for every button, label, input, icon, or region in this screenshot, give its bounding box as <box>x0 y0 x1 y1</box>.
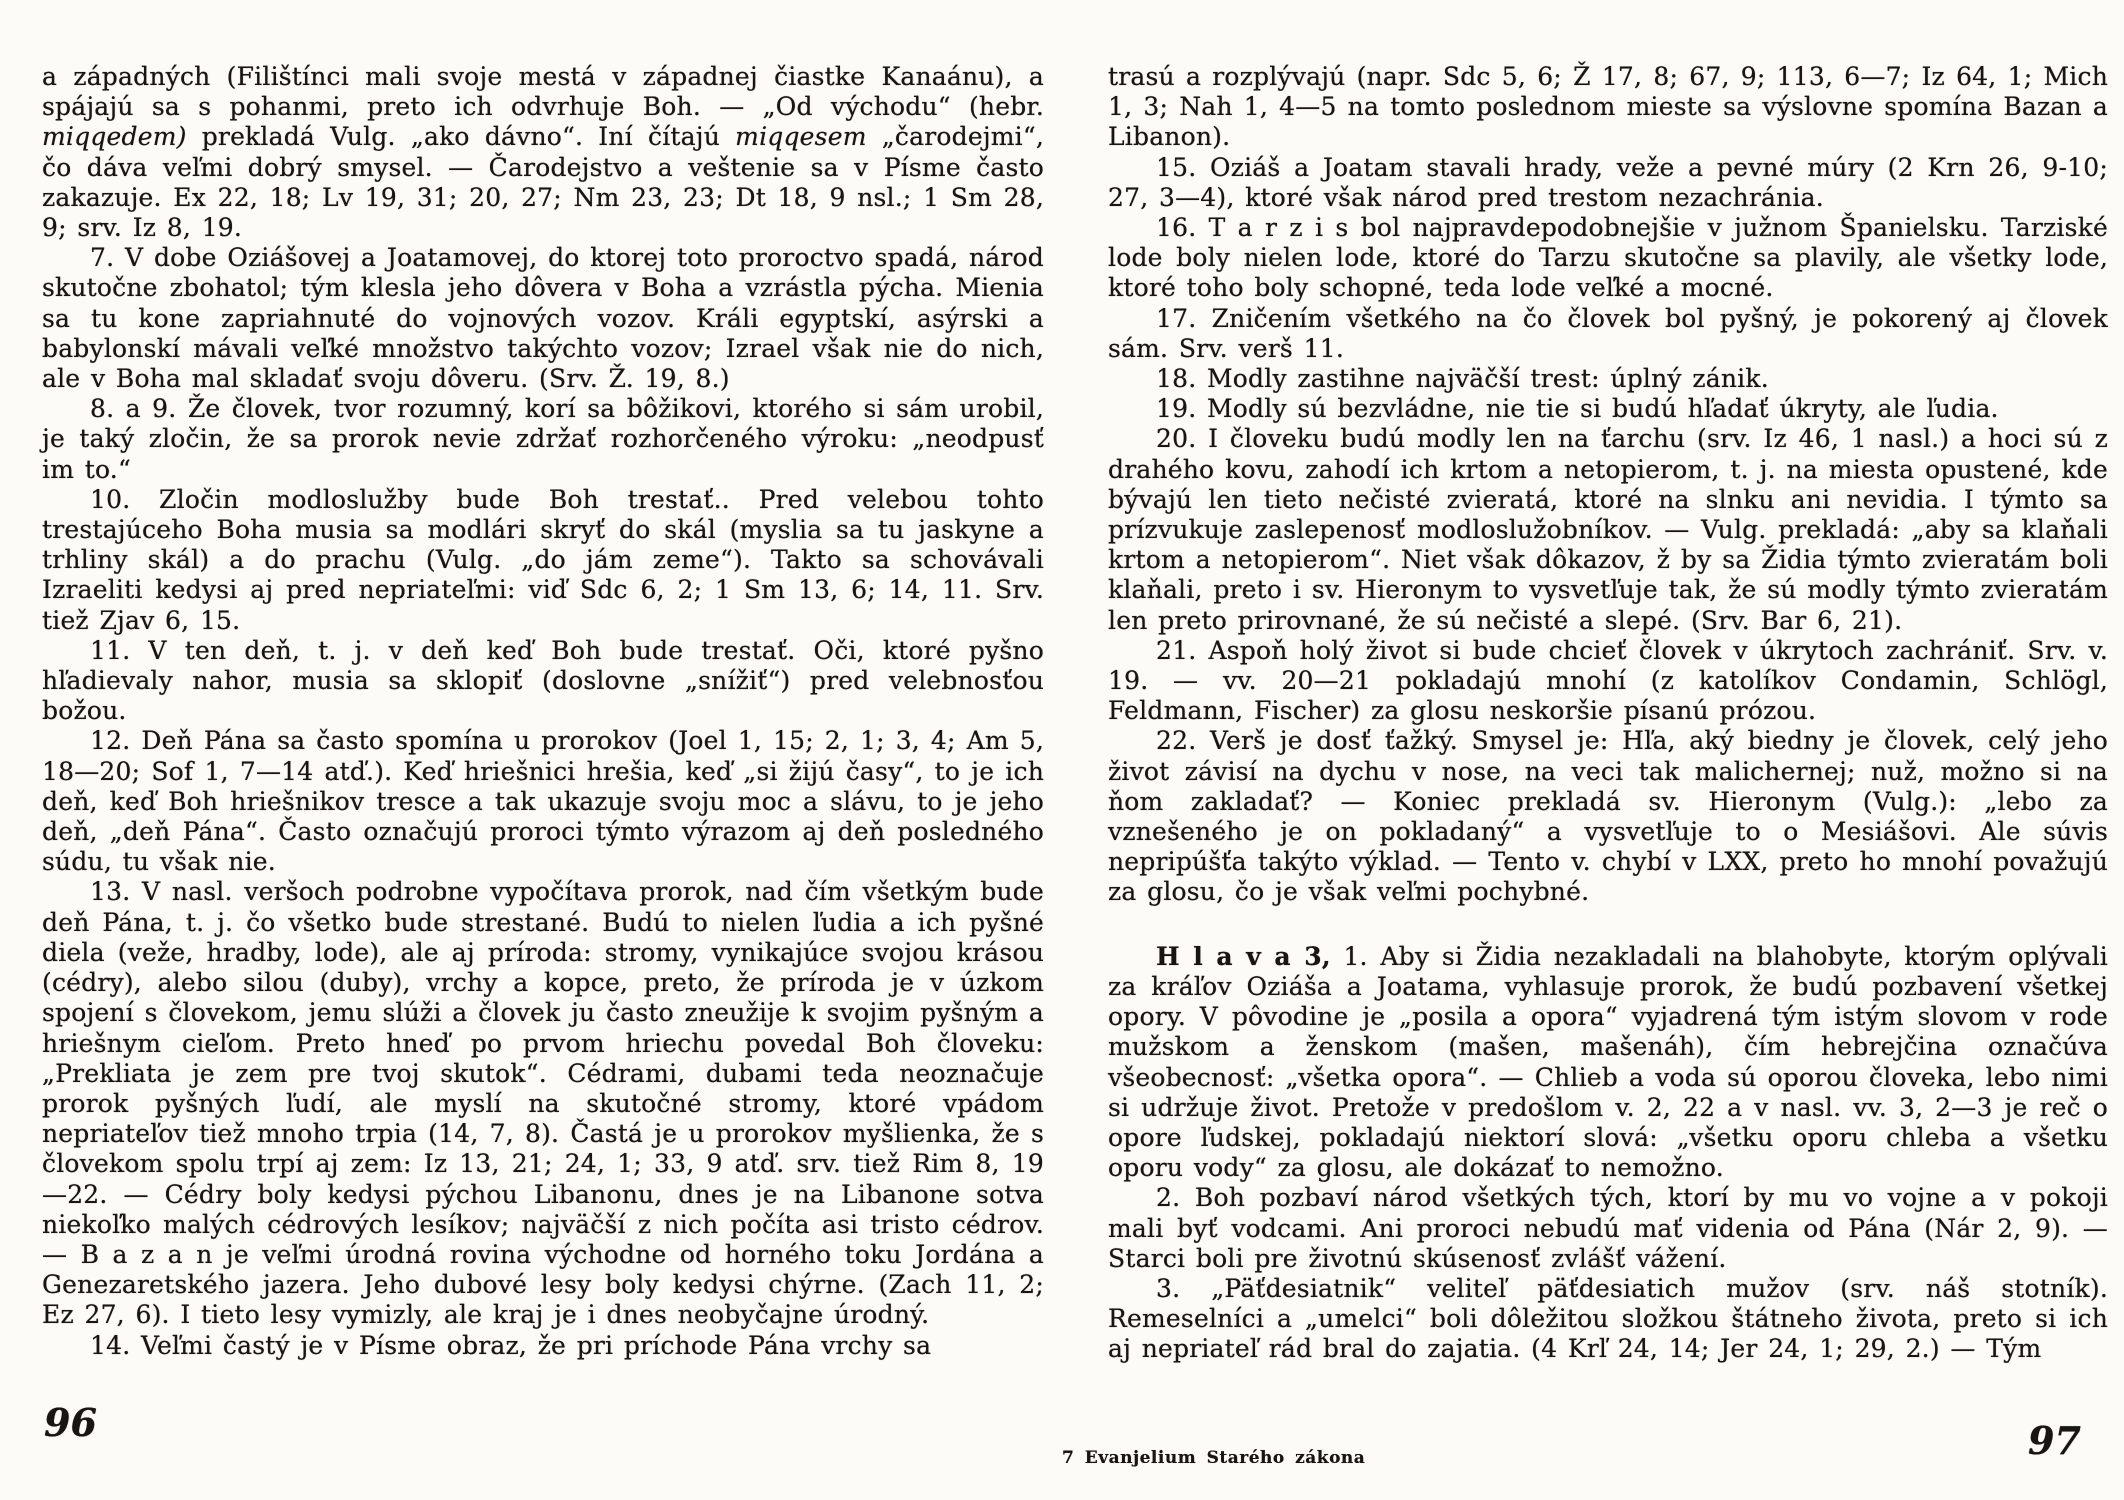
paragraph: 3. „Päťdesiatnik“ veliteľ päťdesiatich m… <box>1108 1274 2108 1365</box>
left-page-text-column: a západných (Filištínci mali svoje mestá… <box>42 62 1044 1361</box>
text-segment: 22. Verš je dosť ťažký. Smysel je: Hľa, … <box>1108 726 2108 906</box>
paragraph: 12. Deň Pána sa často spomína u prorokov… <box>42 726 1044 877</box>
paragraph: 13. V nasl. veršoch podrobne vypočítava … <box>42 877 1044 1330</box>
paragraph: 2. Boh pozbaví národ všetkých tých, ktor… <box>1108 1183 2108 1274</box>
book-footer-note: 7 Evanjelium Starého zákona <box>1062 1448 1365 1468</box>
text-segment: 18. Modly zastihne najväčší trest: úplný… <box>1156 364 1769 393</box>
text-segment: trasú a rozplývajú (napr. Sdc 5, 6; Ž 17… <box>1108 62 2108 151</box>
text-segment: 2. Boh pozbaví národ všetkých tých, ktor… <box>1108 1183 2108 1272</box>
text-segment: miqqesem <box>735 122 866 151</box>
paragraph: 8. a 9. Že človek, tvor rozumný, korí sa… <box>42 394 1044 485</box>
text-segment: 10. Zločin modloslužby bude Boh trestať.… <box>42 485 1044 635</box>
text-segment: 17. Zničením všetkého na čo človek bol p… <box>1108 304 2108 363</box>
text-segment: 19. Modly sú bezvládne, nie tie si budú … <box>1156 394 1999 423</box>
page-number-right: 97 <box>2028 1418 2081 1463</box>
text-segment: prekladá Vulg. „ako dávno“. Iní čítajú <box>187 122 736 151</box>
paragraph: 16. T a r z i s bol najpravdepodobnejšie… <box>1108 213 2108 304</box>
right-page-text-column: trasú a rozplývajú (napr. Sdc 5, 6; Ž 17… <box>1108 62 2108 1365</box>
paragraph: 7. V dobe Oziášovej a Joatamovej, do kto… <box>42 243 1044 394</box>
paragraph: 17. Zničením všetkého na čo človek bol p… <box>1108 304 2108 364</box>
paragraph: trasú a rozplývajú (napr. Sdc 5, 6; Ž 17… <box>1108 62 2108 153</box>
paragraph: 10. Zločin modloslužby bude Boh trestať.… <box>42 485 1044 636</box>
text-segment: 1. Aby si Židia nezakladali na blahobyte… <box>1108 942 2108 1182</box>
page-number-left: 96 <box>44 1400 97 1445</box>
text-segment: 8. a 9. Že človek, tvor rozumný, korí sa… <box>42 394 1044 483</box>
book-spread: a západných (Filištínci mali svoje mestá… <box>0 0 2124 1500</box>
text-segment: 20. I človeku budú modly len na ťarchu (… <box>1108 424 2108 634</box>
text-segment: a západných (Filištínci mali svoje mestá… <box>42 62 1044 121</box>
paragraph: 14. Veľmi častý je v Písme obraz, že pri… <box>42 1331 1044 1361</box>
text-segment: H l a v a 3, <box>1156 942 1331 971</box>
text-segment: 7. V dobe Oziášovej a Joatamovej, do kto… <box>42 243 1044 393</box>
paragraph: H l a v a 3, 1. Aby si Židia nezakladali… <box>1108 942 2108 1184</box>
paragraph: 21. Aspoň holý život si bude chcieť člov… <box>1108 636 2108 727</box>
text-segment: 3. „Päťdesiatnik“ veliteľ päťdesiatich m… <box>1108 1274 2108 1363</box>
text-segment: 16. T a r z i s bol najpravdepodobnejšie… <box>1108 213 2108 302</box>
paragraph: 18. Modly zastihne najväčší trest: úplný… <box>1108 364 2108 394</box>
text-segment: 11. V ten deň, t. j. v deň keď Boh bude … <box>42 636 1044 725</box>
text-segment: 14. Veľmi častý je v Písme obraz, že pri… <box>90 1331 931 1360</box>
text-segment: 21. Aspoň holý život si bude chcieť člov… <box>1108 636 2108 725</box>
paragraph: 20. I človeku budú modly len na ťarchu (… <box>1108 424 2108 635</box>
paragraph: 15. Oziáš a Joatam stavali hrady, veže a… <box>1108 153 2108 213</box>
text-segment: 15. Oziáš a Joatam stavali hrady, veže a… <box>1108 153 2108 212</box>
paragraph: a západných (Filištínci mali svoje mestá… <box>42 62 1044 243</box>
text-segment: miqqedem) <box>42 122 187 151</box>
paragraph: 22. Verš je dosť ťažký. Smysel je: Hľa, … <box>1108 726 2108 907</box>
text-segment: 13. V nasl. veršoch podrobne vypočítava … <box>42 877 1044 1329</box>
paragraph: 11. V ten deň, t. j. v deň keď Boh bude … <box>42 636 1044 727</box>
text-segment: 12. Deň Pána sa často spomína u prorokov… <box>42 726 1044 876</box>
paragraph: 19. Modly sú bezvládne, nie tie si budú … <box>1108 394 2108 424</box>
